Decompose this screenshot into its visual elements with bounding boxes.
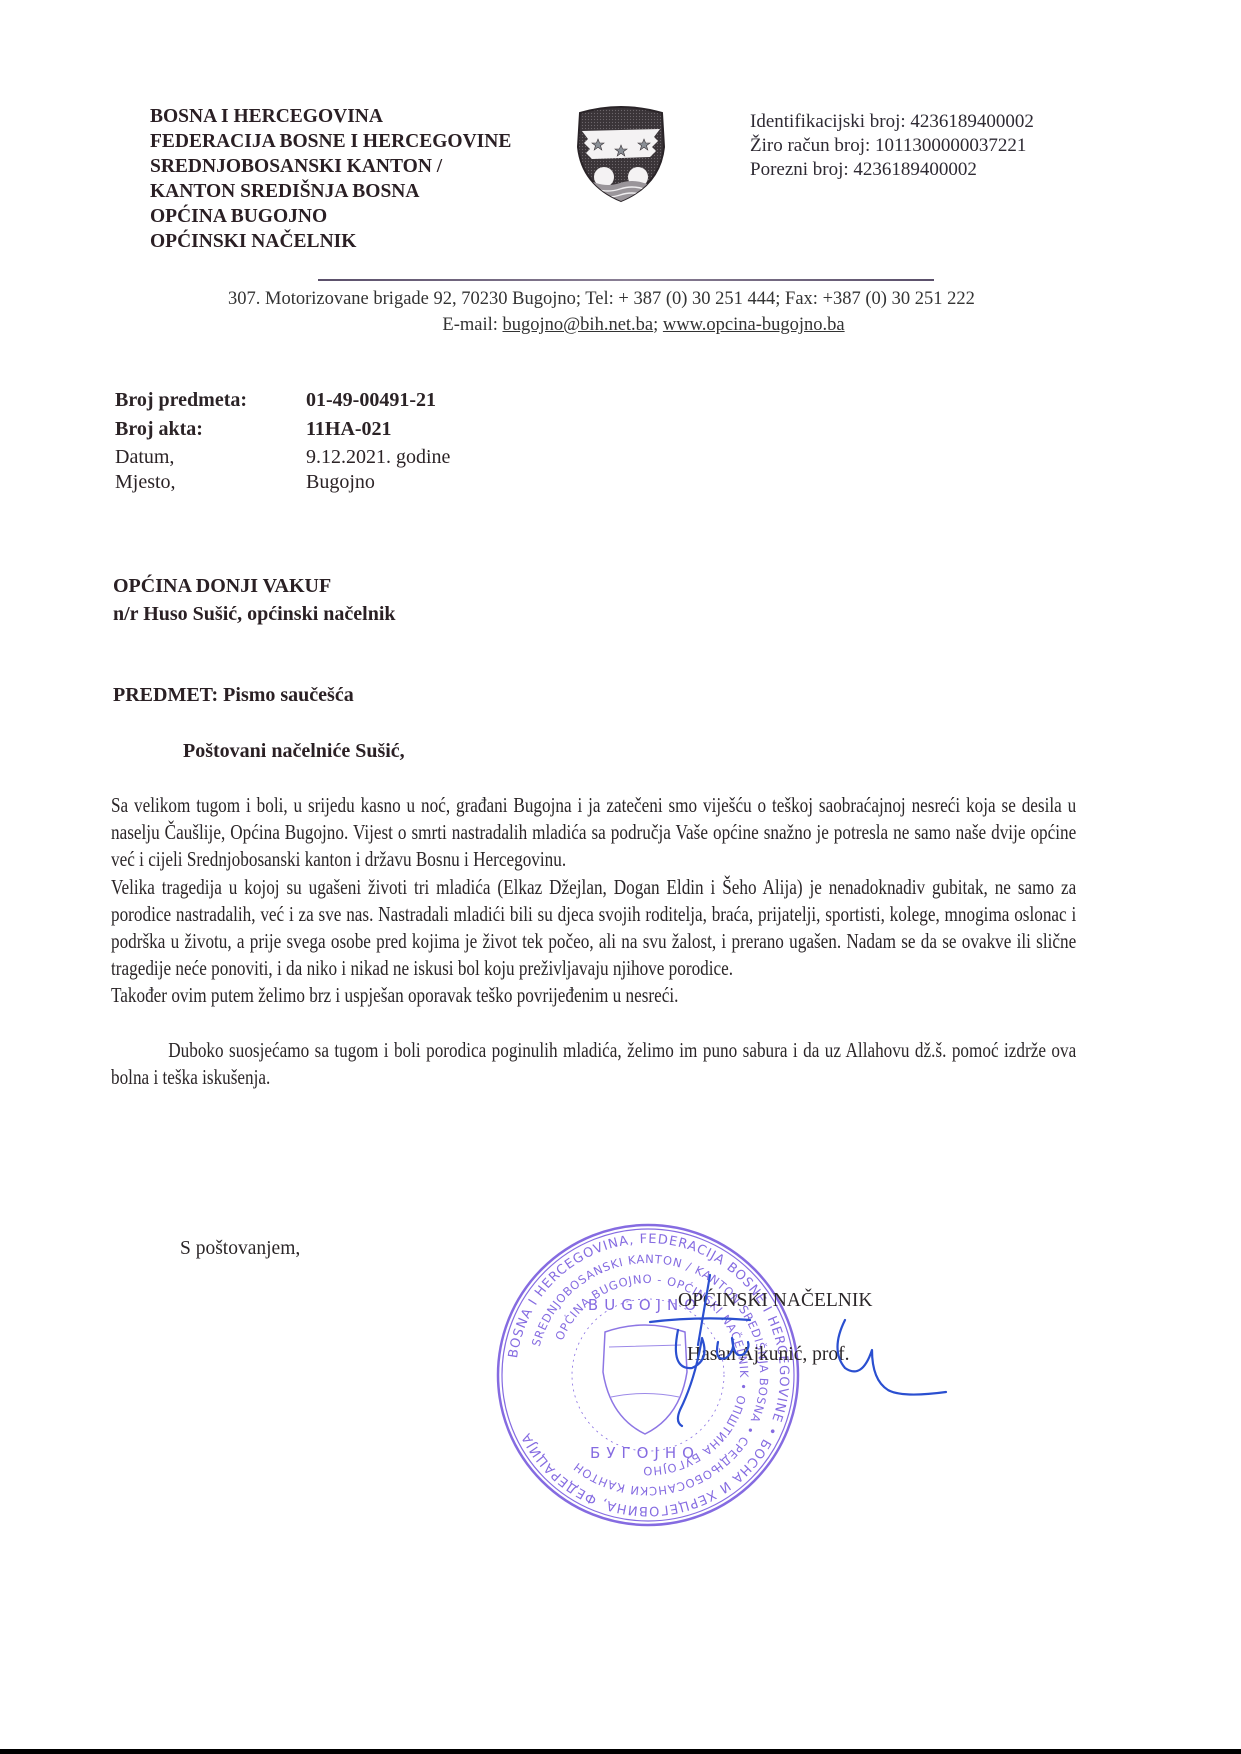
email-link[interactable]: bugojno@bih.net.ba xyxy=(503,315,654,335)
reference-block: Broj predmeta: 01-49-00491-21 Broj akta:… xyxy=(115,386,450,495)
act-number-row: Broj akta: 11HA-021 xyxy=(115,415,450,444)
letterhead-identifiers: Identifikacijski broj: 4236189400002 Žir… xyxy=(750,110,1034,182)
recipient-organization: OPĆINA DONJI VAKUF xyxy=(113,572,396,600)
postal-address: 307. Motorizovane brigade 92, 70230 Bugo… xyxy=(0,286,1241,312)
identification-number: Identifikacijski broj: 4236189400002 xyxy=(750,110,1034,134)
letterhead-line: FEDERACIJA BOSNE I HERCEGOVINE xyxy=(150,129,511,154)
place-value: Bugojno xyxy=(306,469,375,495)
letterhead-authority: BOSNA I HERCEGOVINA FEDERACIJA BOSNE I H… xyxy=(150,104,511,254)
letter-subject: PREDMET: Pismo saučešća xyxy=(113,684,354,707)
place-row: Mjesto, Bugojno xyxy=(115,469,450,495)
scan-edge xyxy=(0,1749,1241,1754)
salutation: Poštovani načelniće Sušić, xyxy=(183,740,405,763)
website-link[interactable]: www.opcina-bugojno.ba xyxy=(663,315,845,335)
date-label: Datum, xyxy=(115,445,306,469)
contact-block: 307. Motorizovane brigade 92, 70230 Bugo… xyxy=(0,286,1241,338)
letter-body: Sa velikom tugom i boli, u srijedu kasno… xyxy=(111,792,1076,1091)
place-label: Mjesto, xyxy=(115,469,306,495)
link-separator: ; xyxy=(653,315,663,335)
svg-text:БУГОЈНО: БУГОЈНО xyxy=(590,1444,700,1462)
case-number-row: Broj predmeta: 01-49-00491-21 xyxy=(115,386,450,415)
act-number-label: Broj akta: xyxy=(115,415,306,444)
date-row: Datum, 9.12.2021. godine xyxy=(115,445,450,469)
body-paragraph: Duboko suosjećamo sa tugom i boli porodi… xyxy=(111,1037,1076,1091)
body-paragraph: Velika tragedija u kojoj su ugašeni živo… xyxy=(111,874,1076,983)
date-value: 9.12.2021. godine xyxy=(306,445,450,469)
body-paragraph: Također ovim putem želimo brz i uspješan… xyxy=(111,982,1076,1009)
letterhead-line: BOSNA I HERCEGOVINA xyxy=(150,104,511,129)
recipient-attention: n/r Huso Sušić, općinski načelnik xyxy=(113,600,396,628)
letterhead-line: SREDNJOBOSANSKI KANTON / xyxy=(150,154,511,179)
email-website-line: E-mail: bugojno@bih.net.ba; www.opcina-b… xyxy=(0,312,1241,338)
letterhead-line: OPĆINSKI NAČELNIK xyxy=(150,229,511,254)
tax-number: Porezni broj: 4236189400002 xyxy=(750,158,1034,182)
letterhead-line: OPĆINA BUGOJNO xyxy=(150,204,511,229)
case-number-label: Broj predmeta: xyxy=(115,386,306,415)
recipient-block: OPĆINA DONJI VAKUF n/r Huso Sušić, općin… xyxy=(113,572,396,628)
act-number-value: 11HA-021 xyxy=(306,415,392,444)
municipal-coat-of-arms-icon xyxy=(572,103,670,203)
handwritten-signature-icon xyxy=(640,1250,960,1430)
case-number-value: 01-49-00491-21 xyxy=(306,386,436,415)
email-label: E-mail: xyxy=(442,315,502,335)
bank-account-number: Žiro račun broj: 1011300000037221 xyxy=(750,134,1034,158)
letterhead-line: KANTON SREDIŠNJA BOSNA xyxy=(150,179,511,204)
closing-phrase: S poštovanjem, xyxy=(180,1238,300,1260)
body-paragraph: Sa velikom tugom i boli, u srijedu kasno… xyxy=(111,792,1076,874)
letterhead-divider xyxy=(318,279,934,281)
